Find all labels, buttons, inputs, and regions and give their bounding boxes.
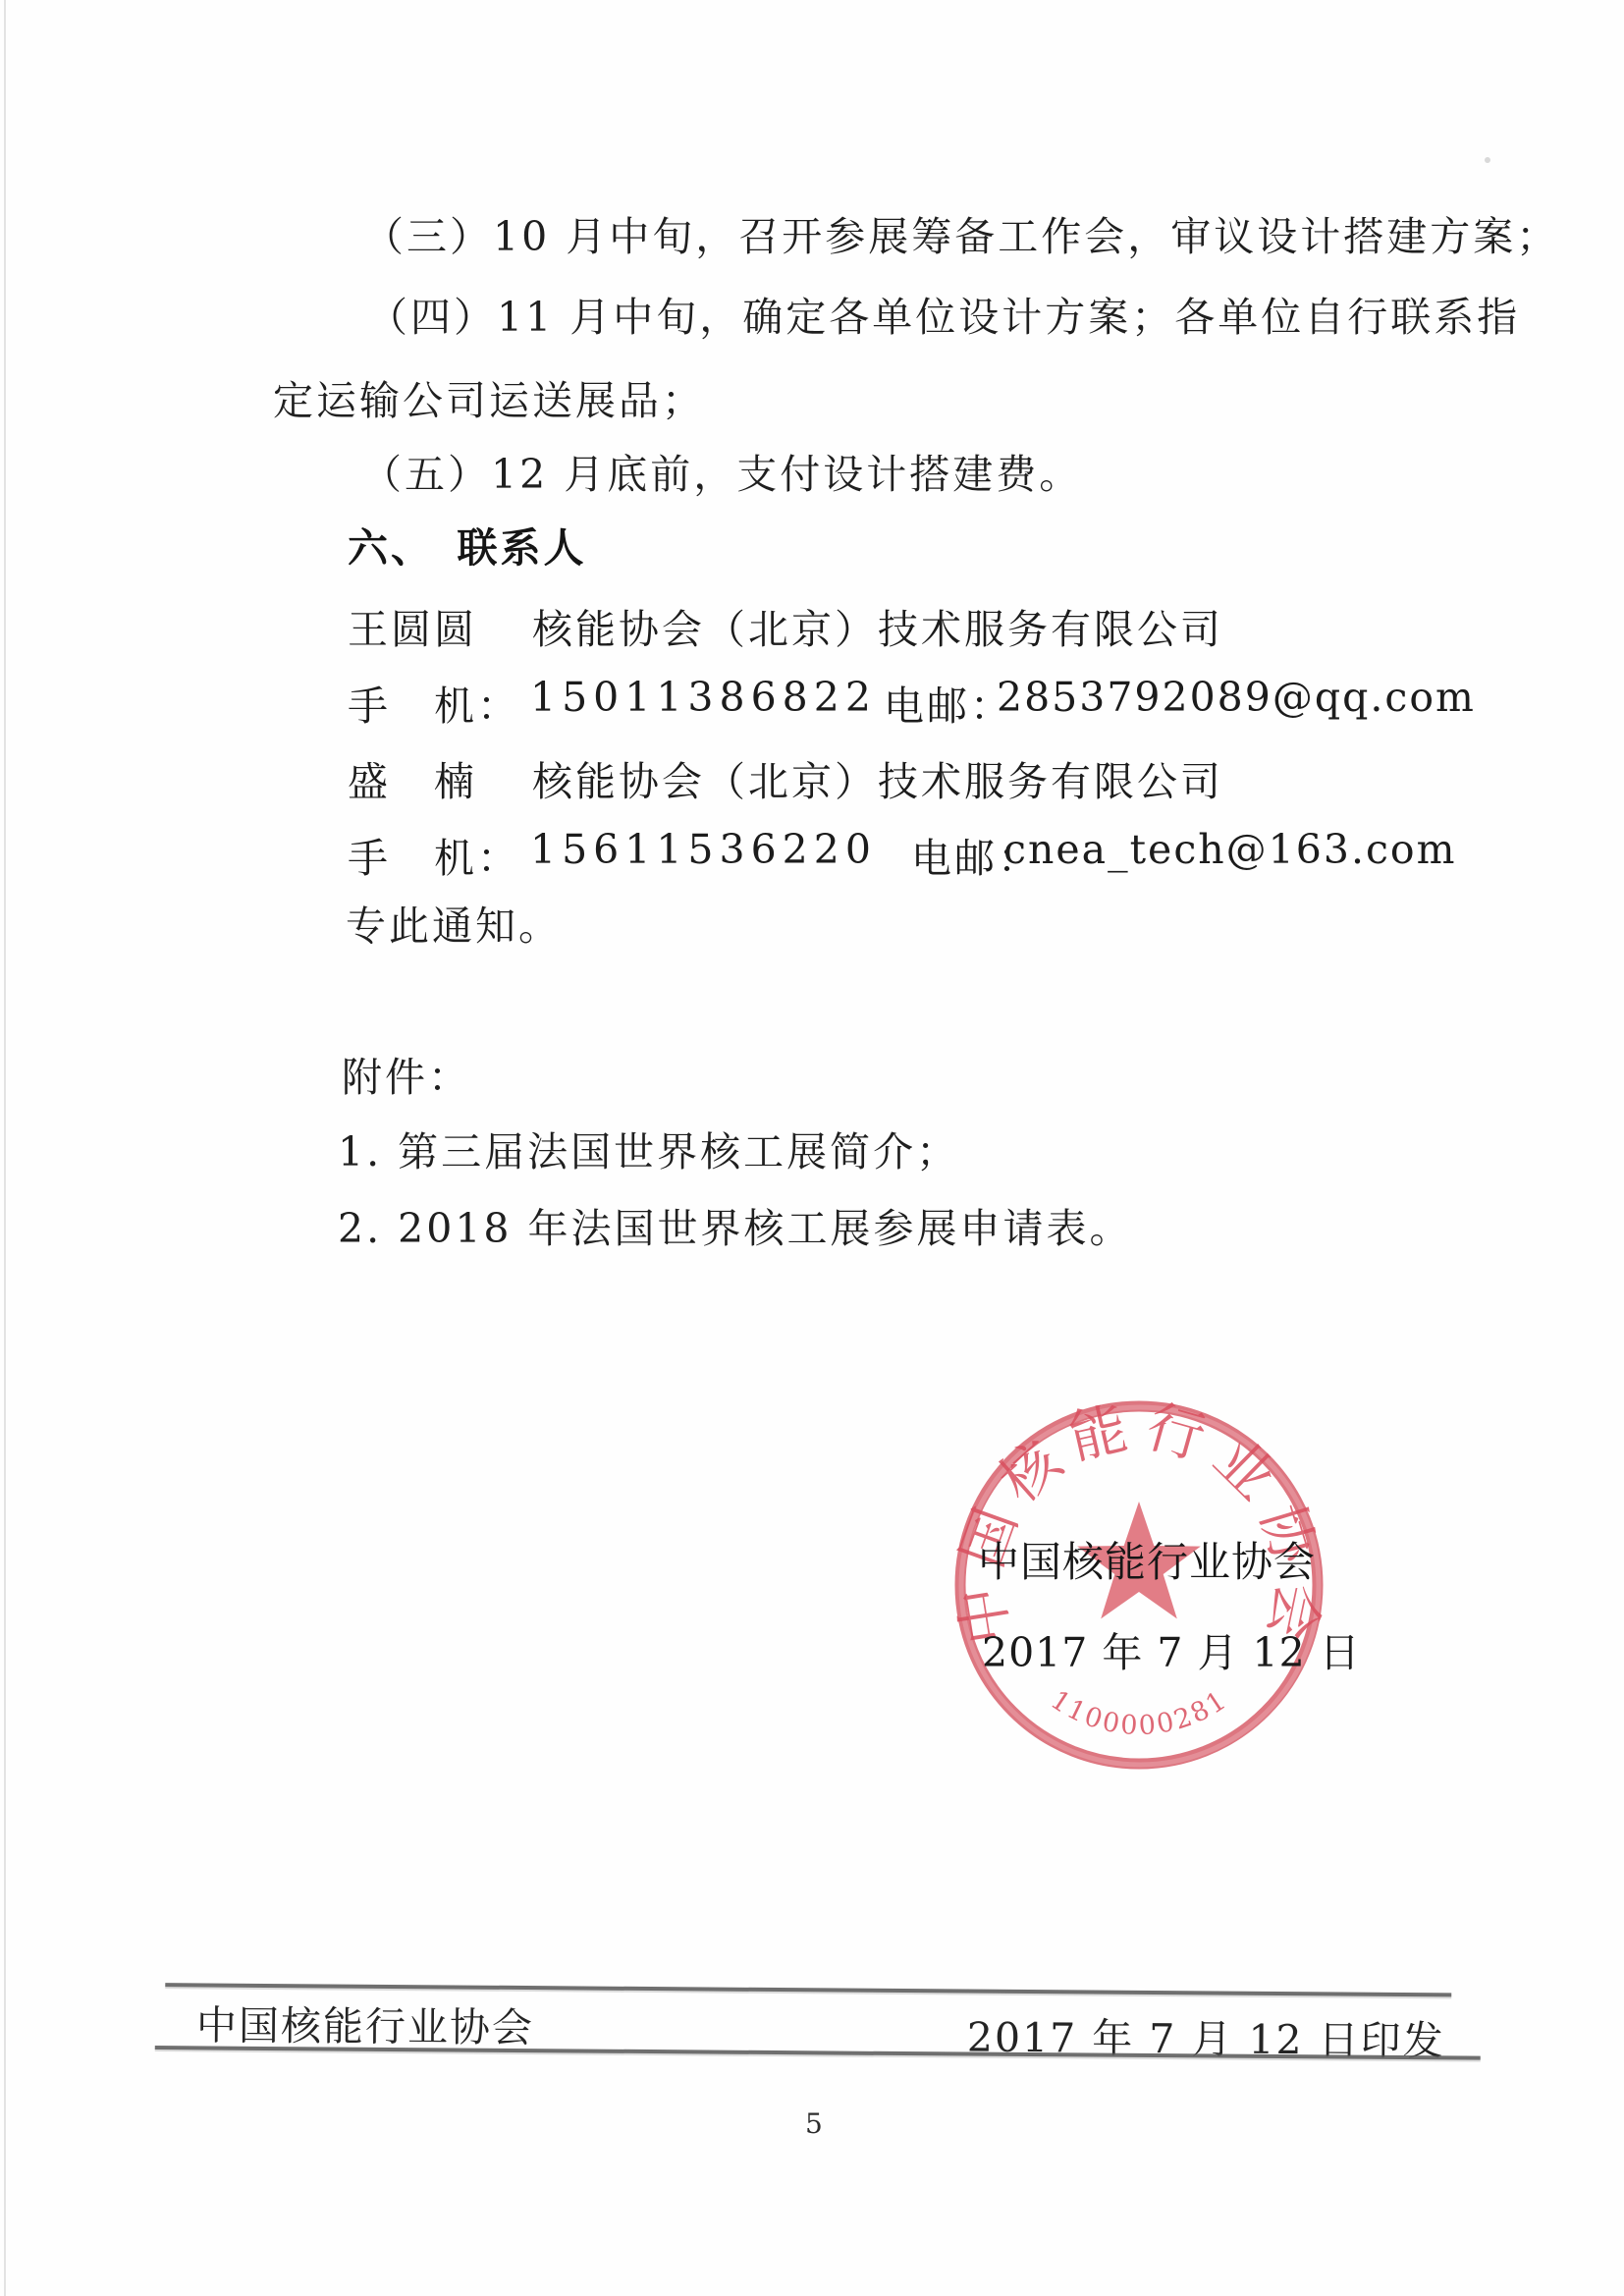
signature-date: 2017 年 7 月 12 日 (982, 1620, 1361, 1678)
contact-row: 盛 楠 核能协会（北京）技术服务有限公司 (0, 749, 1624, 806)
contact-org: 核能协会（北京）技术服务有限公司 (532, 597, 1223, 655)
scan-speck (1485, 157, 1490, 163)
contact-row: 王圆圆 核能协会（北京）技术服务有限公司 (0, 597, 1624, 654)
body-line: （五）12 月底前，支付设计搭建费。 (361, 452, 1082, 498)
body-line: （三）10 月中旬，召开参展筹备工作会，审议设计搭建方案； (363, 214, 1559, 260)
body-line: 定运输公司运送展品； (273, 378, 705, 424)
email-value: 2853792089@qq.com (997, 674, 1476, 721)
email-label: 电邮： (884, 674, 1013, 732)
footer: 中国核能行业协会 2017 年 7 月 12 日印发 (147, 1979, 1489, 2073)
phone-label: 手 机： (348, 826, 520, 884)
attachment-item: 2. 2018 年法国世界核工展参展申请表。 (338, 1206, 1133, 1252)
contacts-heading: 六、 联系人 (348, 525, 587, 572)
contact-phone-row: 手 机： 15611536220 电邮： cnea_tech@163.com (0, 826, 1624, 883)
signature-org: 中国核能行业协会 (978, 1530, 1316, 1589)
phone-value: 15611536220 (530, 826, 877, 873)
footer-org-name: 中国核能行业协会 (196, 1993, 534, 2053)
document-page: （三）10 月中旬，召开参展筹备工作会，审议设计搭建方案； （四）11 月中旬，… (0, 0, 1624, 2296)
scan-edge-line (4, 0, 6, 2296)
phone-value: 15011386822 (530, 674, 877, 721)
contact-name: 盛 楠 (348, 749, 477, 807)
email-value: cnea_tech@163.com (1003, 826, 1457, 873)
contact-org: 核能协会（北京）技术服务有限公司 (532, 749, 1223, 807)
phone-label: 手 机： (348, 674, 520, 732)
attachments-label: 附件： (342, 1055, 471, 1101)
page-number: 5 (805, 2107, 823, 2140)
closing-line: 专此通知。 (346, 903, 562, 950)
contact-name: 王圆圆 (348, 597, 477, 655)
attachment-item: 1. 第三届法国世界核工展简介； (338, 1129, 959, 1175)
body-line: （四）11 月中旬，确定各单位设计方案；各单位自行联系指 (367, 295, 1520, 341)
contact-phone-row: 手 机： 15011386822 电邮： 2853792089@qq.com (0, 674, 1624, 731)
